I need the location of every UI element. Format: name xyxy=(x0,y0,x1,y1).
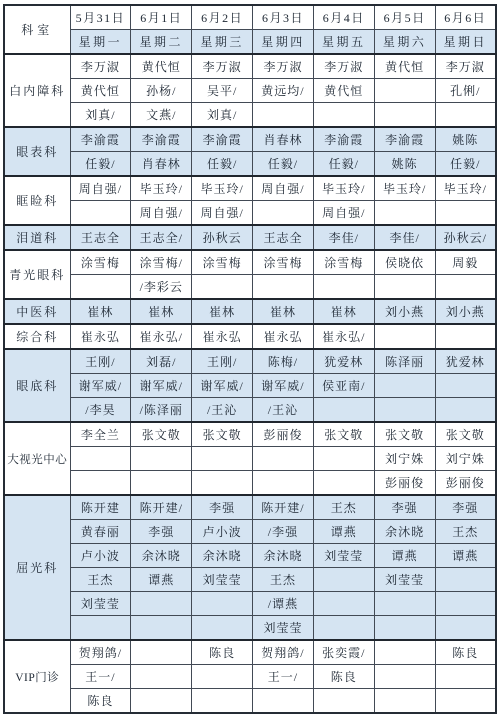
schedule-cell: 姚陈 xyxy=(374,152,435,177)
table-row: 综合科崔永弘崔永弘/崔永弘崔永弘崔永弘/ xyxy=(4,324,496,349)
schedule-cell: 侯亚南/ xyxy=(313,374,374,398)
schedule-cell: 王一/ xyxy=(70,665,131,689)
schedule-cell: /王沁 xyxy=(192,398,253,423)
schedule-cell xyxy=(192,665,253,689)
department-label: 屈光科 xyxy=(4,495,70,640)
schedule-cell: 刘小燕 xyxy=(435,299,496,324)
schedule-cell: 卢小波 xyxy=(70,544,131,568)
schedule-cell xyxy=(253,471,314,496)
department-label: 综合科 xyxy=(4,324,70,349)
schedule-cell: 谭燕 xyxy=(435,544,496,568)
schedule-cell: 李万淑 xyxy=(70,54,131,79)
schedule-cell: 刘莹莹 xyxy=(313,544,374,568)
schedule-cell: 刘宁姝 xyxy=(374,447,435,471)
schedule-cell xyxy=(192,275,253,300)
schedule-cell: 刘莹莹 xyxy=(374,568,435,592)
table-row: 眼表科李渝霞李渝霞李渝霞肖春林李渝霞李渝霞姚陈 xyxy=(4,127,496,152)
schedule-cell: 刘小燕 xyxy=(374,299,435,324)
weekday-header: 星期四 xyxy=(253,30,314,55)
table-row: 眶睑科周自强/毕玉玲/毕玉玲/周自强/毕玉玲/毕玉玲/毕玉玲/ xyxy=(4,176,496,201)
schedule-cell xyxy=(435,616,496,641)
schedule-cell: 肖春林 xyxy=(131,152,192,177)
schedule-cell: 陈开建/ xyxy=(131,495,192,520)
schedule-cell xyxy=(435,275,496,300)
schedule-cell xyxy=(192,689,253,714)
schedule-cell: 王刚/ xyxy=(192,349,253,374)
schedule-cell: 王杰 xyxy=(70,568,131,592)
schedule-cell xyxy=(131,592,192,616)
schedule-cell: 黄远均/ xyxy=(253,79,314,103)
schedule-cell: 任毅/ xyxy=(313,152,374,177)
schedule-cell: 崔林 xyxy=(131,299,192,324)
schedule-cell: /李昊 xyxy=(70,398,131,423)
date-header: 6月2日 xyxy=(192,5,253,30)
schedule-cell: 王杰 xyxy=(435,520,496,544)
schedule-cell: 李万淑 xyxy=(435,54,496,79)
schedule-cell xyxy=(192,592,253,616)
schedule-cell: 刘莹莹 xyxy=(253,616,314,641)
schedule-cell: 李全兰 xyxy=(70,422,131,447)
schedule-cell: 李万淑 xyxy=(192,54,253,79)
schedule-cell: 王杰 xyxy=(313,495,374,520)
table-row: 刘莹莹/谭燕 xyxy=(4,592,496,616)
schedule-cell: 崔林 xyxy=(253,299,314,324)
weekday-header: 星期一 xyxy=(70,30,131,55)
schedule-cell: 刘真/ xyxy=(70,103,131,128)
schedule-cell: 陈良 xyxy=(313,665,374,689)
schedule-cell: 刘磊/ xyxy=(131,349,192,374)
table-row: 陈良 xyxy=(4,689,496,714)
schedule-cell: 崔永弘 xyxy=(192,324,253,349)
schedule-page: 科室5月31日6月1日6月2日6月3日6月4日6月5日6月6日星期一星期二星期三… xyxy=(0,0,500,694)
schedule-cell: 姚陈 xyxy=(435,127,496,152)
schedule-cell xyxy=(374,592,435,616)
table-row: 眼底科王刚/刘磊/王刚/陈梅/犹爱林陈泽丽犹爱林 xyxy=(4,349,496,374)
schedule-cell: 谭燕 xyxy=(374,544,435,568)
schedule-cell: 崔永弘/ xyxy=(313,324,374,349)
schedule-cell: 张文敬 xyxy=(192,422,253,447)
date-header: 5月31日 xyxy=(70,5,131,30)
schedule-cell xyxy=(374,689,435,714)
schedule-cell xyxy=(313,689,374,714)
table-row: 谢军威/谢军威/谢军威/谢军威/侯亚南/ xyxy=(4,374,496,398)
schedule-cell xyxy=(253,103,314,128)
department-label: 大视光中心 xyxy=(4,422,70,495)
schedule-cell: 谢军威/ xyxy=(192,374,253,398)
table-row: 青光眼科涂雪梅涂雪梅/涂雪梅涂雪梅涂雪梅侯晓依周毅 xyxy=(4,250,496,275)
schedule-cell: 李渝霞 xyxy=(192,127,253,152)
schedule-cell: 崔永弘 xyxy=(70,324,131,349)
schedule-cell xyxy=(435,568,496,592)
schedule-cell: 李佳/ xyxy=(374,225,435,250)
schedule-cell: 陈开建/ xyxy=(253,495,314,520)
schedule-cell xyxy=(313,398,374,423)
schedule-cell xyxy=(374,103,435,128)
schedule-cell: 彭丽俊 xyxy=(374,471,435,496)
table-row: 王杰谭燕刘莹莹王杰刘莹莹 xyxy=(4,568,496,592)
schedule-cell xyxy=(374,275,435,300)
department-label: 泪道科 xyxy=(4,225,70,250)
schedule-cell xyxy=(374,640,435,665)
schedule-cell: 毕玉玲/ xyxy=(131,176,192,201)
schedule-cell: 孙秋云/ xyxy=(435,225,496,250)
date-header: 6月6日 xyxy=(435,5,496,30)
table-row: VIP门诊贺翔鸽/陈良贺翔鸽/张奕霞/陈良 xyxy=(4,640,496,665)
schedule-cell xyxy=(374,324,435,349)
schedule-cell xyxy=(374,398,435,423)
schedule-cell: 谢军威/ xyxy=(70,374,131,398)
schedule-cell: 彭丽俊 xyxy=(435,471,496,496)
schedule-cell: 谭燕 xyxy=(131,568,192,592)
schedule-cell: 崔林 xyxy=(313,299,374,324)
schedule-cell: 周自强/ xyxy=(192,201,253,226)
schedule-cell: 崔永弘/ xyxy=(131,324,192,349)
schedule-cell: 崔永弘 xyxy=(253,324,314,349)
schedule-cell: 涂雪梅 xyxy=(253,250,314,275)
weekday-header: 星期六 xyxy=(374,30,435,55)
schedule-cell xyxy=(435,201,496,226)
schedule-cell xyxy=(374,374,435,398)
schedule-cell: 陈梅/ xyxy=(253,349,314,374)
schedule-cell: 卢小波 xyxy=(192,520,253,544)
department-label: 眶睑科 xyxy=(4,176,70,225)
weekday-header: 星期日 xyxy=(435,30,496,55)
schedule-cell: 任毅/ xyxy=(435,152,496,177)
weekday-header: 星期三 xyxy=(192,30,253,55)
schedule-cell xyxy=(70,275,131,300)
schedule-cell xyxy=(374,616,435,641)
schedule-cell: 贺翔鸽/ xyxy=(253,640,314,665)
table-row: 中医科崔林崔林崔林崔林崔林刘小燕刘小燕 xyxy=(4,299,496,324)
schedule-cell xyxy=(131,665,192,689)
schedule-cell: 犹爱林 xyxy=(313,349,374,374)
schedule-cell: 孙杨/ xyxy=(131,79,192,103)
schedule-cell: 陈良 xyxy=(70,689,131,714)
schedule-cell xyxy=(313,103,374,128)
table-row: 王一/王一/陈良 xyxy=(4,665,496,689)
schedule-cell: 李渝霞 xyxy=(70,127,131,152)
schedule-cell: 周自强/ xyxy=(313,201,374,226)
schedule-cell: 李渝霞 xyxy=(313,127,374,152)
schedule-cell: 崔林 xyxy=(70,299,131,324)
schedule-cell xyxy=(192,447,253,471)
schedule-cell xyxy=(374,665,435,689)
schedule-cell xyxy=(131,640,192,665)
schedule-cell: 黄春丽 xyxy=(70,520,131,544)
schedule-cell: 李万淑 xyxy=(253,54,314,79)
schedule-cell: 陈良 xyxy=(435,640,496,665)
schedule-table: 科室5月31日6月1日6月2日6月3日6月4日6月5日6月6日星期一星期二星期三… xyxy=(3,4,497,714)
schedule-cell: 李强 xyxy=(435,495,496,520)
schedule-cell: 文燕/ xyxy=(131,103,192,128)
schedule-cell: 任毅/ xyxy=(253,152,314,177)
schedule-cell: 黄代恒 xyxy=(70,79,131,103)
schedule-cell: 王杰 xyxy=(253,568,314,592)
date-header: 6月5日 xyxy=(374,5,435,30)
department-label: 白内障科 xyxy=(4,54,70,127)
schedule-cell xyxy=(313,275,374,300)
table-row: 刘莹莹 xyxy=(4,616,496,641)
schedule-cell: 王志全 xyxy=(253,225,314,250)
schedule-cell xyxy=(435,324,496,349)
schedule-cell: 彭丽俊 xyxy=(253,422,314,447)
schedule-cell xyxy=(131,689,192,714)
schedule-cell: 周自强/ xyxy=(70,176,131,201)
date-header: 6月3日 xyxy=(253,5,314,30)
schedule-cell: /谭燕 xyxy=(253,592,314,616)
schedule-cell: 王志全/ xyxy=(131,225,192,250)
department-label: VIP门诊 xyxy=(4,640,70,713)
schedule-cell xyxy=(253,689,314,714)
schedule-cell: 吴平/ xyxy=(192,79,253,103)
schedule-cell xyxy=(253,447,314,471)
schedule-cell: 刘莹莹 xyxy=(192,568,253,592)
schedule-cell: 周自强/ xyxy=(253,176,314,201)
schedule-cell xyxy=(192,616,253,641)
schedule-cell: 张文敬 xyxy=(131,422,192,447)
corner-label: 科室 xyxy=(4,5,70,54)
schedule-cell: 李渝霞 xyxy=(131,127,192,152)
schedule-cell: 张文敬 xyxy=(313,422,374,447)
table-row: 刘宁姝刘宁姝 xyxy=(4,447,496,471)
schedule-cell: 任毅/ xyxy=(70,152,131,177)
schedule-cell: 陈良 xyxy=(192,640,253,665)
schedule-cell xyxy=(131,447,192,471)
schedule-cell xyxy=(435,374,496,398)
schedule-cell: 毕玉玲/ xyxy=(313,176,374,201)
department-label: 眼底科 xyxy=(4,349,70,422)
schedule-cell: 涂雪梅 xyxy=(313,250,374,275)
schedule-cell xyxy=(374,79,435,103)
schedule-cell: 张奕霞/ xyxy=(313,640,374,665)
schedule-cell: 涂雪梅 xyxy=(70,250,131,275)
schedule-cell: 李佳/ xyxy=(313,225,374,250)
schedule-cell: 陈开建 xyxy=(70,495,131,520)
schedule-cell: 涂雪梅 xyxy=(192,250,253,275)
schedule-cell: 余沐晓 xyxy=(253,544,314,568)
weekday-header: 星期五 xyxy=(313,30,374,55)
schedule-cell: 余沐晓 xyxy=(131,544,192,568)
schedule-cell xyxy=(313,471,374,496)
schedule-cell xyxy=(70,471,131,496)
schedule-cell xyxy=(70,447,131,471)
schedule-cell: 谭燕 xyxy=(313,520,374,544)
schedule-cell: 谢军威/ xyxy=(253,374,314,398)
schedule-cell: 张文敬 xyxy=(435,422,496,447)
schedule-cell: 周毅 xyxy=(435,250,496,275)
table-row: 黄春丽李强卢小波/李强谭燕余沐晓王杰 xyxy=(4,520,496,544)
schedule-cell xyxy=(313,447,374,471)
schedule-cell xyxy=(253,201,314,226)
schedule-cell: 王一/ xyxy=(253,665,314,689)
schedule-cell: 余沐晓 xyxy=(192,544,253,568)
schedule-cell xyxy=(70,201,131,226)
table-row: 卢小波余沐晓余沐晓余沐晓刘莹莹谭燕谭燕 xyxy=(4,544,496,568)
schedule-cell: 张文敬 xyxy=(374,422,435,447)
schedule-cell xyxy=(435,103,496,128)
schedule-cell xyxy=(253,275,314,300)
schedule-cell xyxy=(313,616,374,641)
schedule-cell: /李彩云 xyxy=(131,275,192,300)
schedule-cell: /王沁 xyxy=(253,398,314,423)
department-label: 眼表科 xyxy=(4,127,70,176)
schedule-cell: 李渝霞 xyxy=(374,127,435,152)
table-row: 周自强/周自强/周自强/ xyxy=(4,201,496,226)
schedule-cell xyxy=(70,616,131,641)
schedule-cell: 李强 xyxy=(131,520,192,544)
table-row: 屈光科陈开建陈开建/李强陈开建/王杰李强李强 xyxy=(4,495,496,520)
schedule-cell: 刘莹莹 xyxy=(70,592,131,616)
schedule-cell xyxy=(192,471,253,496)
schedule-cell: 刘宁姝 xyxy=(435,447,496,471)
schedule-cell: /李强 xyxy=(253,520,314,544)
schedule-cell xyxy=(435,398,496,423)
schedule-cell xyxy=(131,616,192,641)
schedule-cell: 李强 xyxy=(374,495,435,520)
schedule-cell: 李万淑 xyxy=(313,54,374,79)
schedule-cell: 孔俐/ xyxy=(435,79,496,103)
table-row: 彭丽俊彭丽俊 xyxy=(4,471,496,496)
table-row: 刘真/文燕/刘真/ xyxy=(4,103,496,128)
schedule-cell: 孙秋云 xyxy=(192,225,253,250)
schedule-cell xyxy=(313,592,374,616)
schedule-cell xyxy=(131,471,192,496)
schedule-cell: 贺翔鸽/ xyxy=(70,640,131,665)
schedule-cell: 毕玉玲/ xyxy=(192,176,253,201)
schedule-cell: 黄代恒 xyxy=(313,79,374,103)
schedule-cell: 任毅/ xyxy=(192,152,253,177)
date-header: 6月4日 xyxy=(313,5,374,30)
schedule-cell: 李强 xyxy=(192,495,253,520)
schedule-cell: 侯晓依 xyxy=(374,250,435,275)
table-row: /李昊/陈泽丽/王沁/王沁 xyxy=(4,398,496,423)
schedule-cell: 王刚/ xyxy=(70,349,131,374)
table-row: 任毅/肖春林任毅/任毅/任毅/姚陈任毅/ xyxy=(4,152,496,177)
schedule-cell: 陈泽丽 xyxy=(374,349,435,374)
schedule-cell: 毕玉玲/ xyxy=(435,176,496,201)
schedule-cell: 王志全 xyxy=(70,225,131,250)
schedule-cell: 犹爱林 xyxy=(435,349,496,374)
schedule-cell xyxy=(435,665,496,689)
schedule-cell: 黄代恒 xyxy=(131,54,192,79)
table-row: 黄代恒孙杨/吴平/黄远均/黄代恒孔俐/ xyxy=(4,79,496,103)
schedule-cell: 毕玉玲/ xyxy=(374,176,435,201)
schedule-cell: 黄代恒 xyxy=(374,54,435,79)
schedule-cell: /陈泽丽 xyxy=(131,398,192,423)
schedule-cell: 崔林 xyxy=(192,299,253,324)
date-header: 6月1日 xyxy=(131,5,192,30)
schedule-cell xyxy=(435,592,496,616)
department-label: 青光眼科 xyxy=(4,250,70,299)
schedule-cell: 余沐晓 xyxy=(374,520,435,544)
schedule-cell: 谢军威/ xyxy=(131,374,192,398)
weekday-header: 星期二 xyxy=(131,30,192,55)
schedule-cell: 刘真/ xyxy=(192,103,253,128)
schedule-cell xyxy=(435,689,496,714)
schedule-cell: 肖春林 xyxy=(253,127,314,152)
table-row: 大视光中心李全兰张文敬张文敬彭丽俊张文敬张文敬张文敬 xyxy=(4,422,496,447)
schedule-cell xyxy=(374,201,435,226)
table-row: 白内障科李万淑黄代恒李万淑李万淑李万淑黄代恒李万淑 xyxy=(4,54,496,79)
department-label: 中医科 xyxy=(4,299,70,324)
schedule-cell: 周自强/ xyxy=(131,201,192,226)
table-row: 泪道科王志全王志全/孙秋云王志全李佳/李佳/孙秋云/ xyxy=(4,225,496,250)
table-row: /李彩云 xyxy=(4,275,496,300)
schedule-cell xyxy=(313,568,374,592)
schedule-cell: 涂雪梅/ xyxy=(131,250,192,275)
